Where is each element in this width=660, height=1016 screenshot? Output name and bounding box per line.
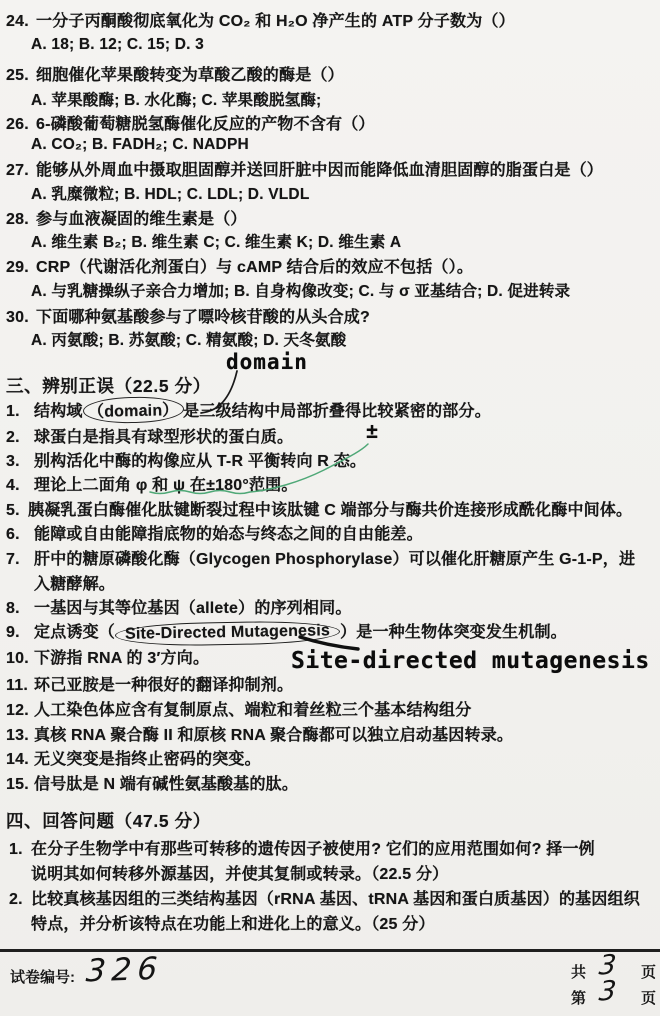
item-number: 2. — [9, 891, 31, 909]
item-text: 理论上二面角 φ 和 ψ 在 — [34, 477, 206, 494]
tf-item-6: 6.能障或自由能障指底物的始态与终态之间的自由能差。 — [6, 521, 423, 544]
item-number: 2. — [6, 429, 34, 447]
item-number: 14. — [6, 751, 34, 769]
item-text: 在分子生物学中有那些可转移的遗传因子被使用? 它们的应用范围如何? 择一例 — [31, 841, 595, 858]
item-text: 肝中的糖原磷酸化酶（Glycogen Phosphorylase）可以催化肝糖原… — [34, 551, 635, 568]
green-underlined-text: ±180°范围 — [206, 477, 281, 494]
mcq-options-26: A. CO₂; B. FADH₂; C. NADPH — [31, 136, 249, 154]
fr-item-1-line2: 说明其如何转移外源基因，并使其复制或转录。（22.5 分） — [31, 861, 448, 884]
fr-item-2-line2: 特点，并分析该特点在功能上和进化上的意义。（25 分） — [31, 911, 435, 934]
question-text: 6-磷酸葡萄糖脱氢酶催化反应的产物不含有（） — [36, 116, 375, 133]
tf-item-11: 11.环己亚胺是一种很好的翻译抑制剂。 — [6, 672, 293, 695]
item-text: 比较真核基因组的三类结构基因（rRNA 基因、tRNA 基因和蛋白质基因）的基因… — [31, 891, 640, 908]
tf-item-10: 10.下游指 RNA 的 3′方向。 — [6, 645, 209, 668]
item-text: 胰凝乳蛋白酶催化肽键断裂过程中该肽键 C 端部分与酶共价连接形成酰化酶中间体。 — [28, 502, 632, 519]
question-number: 26. — [6, 116, 36, 134]
item-number: 13. — [6, 727, 34, 745]
tf-item-12: 12.人工染色体应含有复制原点、端粒和着丝粒三个基本结构组分 — [6, 697, 471, 720]
current-page-suffix: 页 — [641, 987, 656, 1008]
item-number: 12. — [6, 702, 34, 720]
item-number: 9. — [6, 624, 34, 642]
item-number: 1. — [6, 403, 34, 421]
item-text: 能障或自由能障指底物的始态与终态之间的自由能差。 — [34, 526, 423, 543]
mcq-question-24: 24.一分子丙酮酸彻底氧化为 CO₂ 和 H₂O 净产生的 ATP 分子数为（） — [6, 8, 515, 31]
footer-divider-rule — [0, 949, 660, 952]
tf-item-14: 14.无义突变是指终止密码的突变。 — [6, 746, 261, 769]
total-pages-suffix: 页 — [641, 961, 656, 982]
item-text: 定点诱变（ — [34, 624, 115, 641]
question-text: CRP（代谢活化剂蛋白）与 cAMP 结合后的效应不包括（）。 — [36, 259, 473, 276]
item-text: 一基因与其等位基因（allete）的序列相同。 — [34, 600, 352, 617]
item-text: 结构域 — [34, 403, 83, 420]
item-text: 信号肽是 N 端有碱性氨基酸基的肽。 — [34, 776, 298, 793]
question-text: 下面哪种氨基酸参与了嘌呤核苷酸的从头合成? — [36, 309, 370, 326]
item-number: 7. — [6, 551, 34, 569]
site-directed-annotation-label: Site-directed mutagenesis — [291, 648, 650, 674]
scanned-exam-page: 24.一分子丙酮酸彻底氧化为 CO₂ 和 H₂O 净产生的 ATP 分子数为（）… — [0, 0, 660, 1016]
mcq-options-27: A. 乳糜微粒; B. HDL; C. LDL; D. VLDL — [31, 182, 309, 204]
mcq-options-28: A. 维生素 B₂; B. 维生素 C; C. 维生素 K; D. 维生素 A — [31, 230, 401, 252]
item-number: 10. — [6, 650, 34, 668]
question-text: 能够从外周血中摄取胆固醇并送回肝脏中因而能降低血清胆固醇的脂蛋白是（） — [36, 162, 603, 179]
item-number: 6. — [6, 526, 34, 544]
item-text: 别构活化中酶的构像应从 T-R 平衡转向 R 态。 — [34, 453, 366, 470]
mcq-question-30: 30.下面哪种氨基酸参与了嘌呤核苷酸的从头合成? — [6, 304, 370, 327]
tf-item-7: 7.肝中的糖原磷酸化酶（Glycogen Phosphorylase）可以催化肝… — [6, 546, 635, 569]
item-number: 8. — [6, 600, 34, 618]
exam-number-value-handwritten: 326 — [85, 951, 165, 990]
item-text: 环己亚胺是一种很好的翻译抑制剂。 — [34, 677, 293, 694]
mcq-options-25: A. 苹果酸酶; B. 水化酶; C. 苹果酸脱氢酶; — [31, 88, 321, 110]
item-number: 5. — [6, 502, 28, 520]
tf-item-8: 8.一基因与其等位基因（allete）的序列相同。 — [6, 595, 352, 618]
question-number: 29. — [6, 259, 36, 277]
tf-item-15: 15.信号肽是 N 端有碱性氨基酸基的肽。 — [6, 771, 298, 794]
item-number: 4. — [6, 477, 34, 495]
item-text: 人工染色体应含有复制原点、端粒和着丝粒三个基本结构组分 — [34, 702, 471, 719]
question-number: 24. — [6, 13, 36, 31]
section4-title: 四、回答问题（47.5 分） — [6, 808, 211, 833]
question-number: 27. — [6, 162, 36, 180]
item-number: 11. — [6, 677, 34, 695]
mcq-question-25: 25.细胞催化苹果酸转变为草酸乙酸的酶是（） — [6, 62, 344, 85]
mcq-question-27: 27.能够从外周血中摄取胆固醇并送回肝脏中因而能降低血清胆固醇的脂蛋白是（） — [6, 157, 603, 180]
question-text: 细胞催化苹果酸转变为草酸乙酸的酶是（） — [36, 67, 344, 84]
question-number: 25. — [6, 67, 36, 85]
question-text: 参与血液凝固的维生素是（） — [36, 211, 247, 228]
mcq-question-26: 26.6-磷酸葡萄糖脱氢酶催化反应的产物不含有（） — [6, 111, 375, 134]
section3-title: 三、辨别正误（22.5 分） — [6, 373, 211, 398]
question-number: 28. — [6, 211, 36, 229]
item-text: 是三级结构中局部折叠得比较紧密的部分。 — [183, 403, 491, 420]
domain-annotation-label: domain — [226, 350, 308, 374]
tf-item-4: 4.理论上二面角 φ 和 ψ 在±180°范围。 — [6, 472, 298, 495]
exam-number-label: 试卷编号: — [10, 966, 75, 987]
item-text: 球蛋白是指具有球型形状的蛋白质。 — [34, 429, 293, 446]
tf-item-1: 1.结构域（domain）是三级结构中局部折叠得比较紧密的部分。 — [6, 397, 491, 423]
fr-item-1-line1: 1.在分子生物学中有那些可转移的遗传因子被使用? 它们的应用范围如何? 择一例 — [9, 836, 595, 859]
site-directed-circle-annotation: Site-Directed Mutagenesis — [115, 620, 340, 647]
mcq-question-28: 28.参与血液凝固的维生素是（） — [6, 206, 247, 229]
tf-item-2: 2.球蛋白是指具有球型形状的蛋白质。 — [6, 424, 293, 447]
item-text: 下游指 RNA 的 3′方向。 — [34, 650, 209, 667]
current-page-prefix: 第 — [571, 987, 586, 1008]
tf-item-9: 9.定点诱变（Site-Directed Mutagenesis）是一种生物体突… — [6, 619, 567, 645]
item-text: ）是一种生物体突变发生机制。 — [340, 624, 567, 641]
question-text: 一分子丙酮酸彻底氧化为 CO₂ 和 H₂O 净产生的 ATP 分子数为（） — [36, 13, 515, 30]
item-text: 。 — [281, 477, 297, 494]
tf-item-7-continuation: 入糖酵解。 — [34, 571, 115, 594]
item-number: 1. — [9, 841, 31, 859]
tf-item-5: 5.胰凝乳蛋白酶催化肽键断裂过程中该肽键 C 端部分与酶共价连接形成酰化酶中间体… — [6, 497, 632, 520]
tf-item-3: 3.别构活化中酶的构像应从 T-R 平衡转向 R 态。 — [6, 448, 366, 471]
tf-item-13: 13.真核 RNA 聚合酶 II 和原核 RNA 聚合酶都可以独立启动基因转录。 — [6, 722, 513, 745]
item-text: 真核 RNA 聚合酶 II 和原核 RNA 聚合酶都可以独立启动基因转录。 — [34, 727, 513, 744]
mcq-question-29: 29.CRP（代谢活化剂蛋白）与 cAMP 结合后的效应不包括（）。 — [6, 254, 473, 277]
mcq-options-29: A. 与乳糖操纵子亲合力增加; B. 自身构像改变; C. 与 σ 亚基结合; … — [31, 279, 570, 301]
mcq-options-24: A. 18; B. 12; C. 15; D. 3 — [31, 36, 204, 54]
domain-circle-annotation: （domain） — [82, 396, 183, 424]
item-number: 3. — [6, 453, 34, 471]
total-pages-prefix: 共 — [571, 961, 586, 982]
current-page-value-handwritten: 3 — [598, 975, 618, 1007]
fr-item-2-line1: 2.比较真核基因组的三类结构基因（rRNA 基因、tRNA 基因和蛋白质基因）的… — [9, 886, 640, 909]
question-number: 30. — [6, 309, 36, 327]
mcq-options-30: A. 丙氨酸; B. 苏氨酸; C. 精氨酸; D. 天冬氨酸 — [31, 328, 346, 350]
item-number: 15. — [6, 776, 34, 794]
item-text: 无义突变是指终止密码的突变。 — [34, 751, 261, 768]
